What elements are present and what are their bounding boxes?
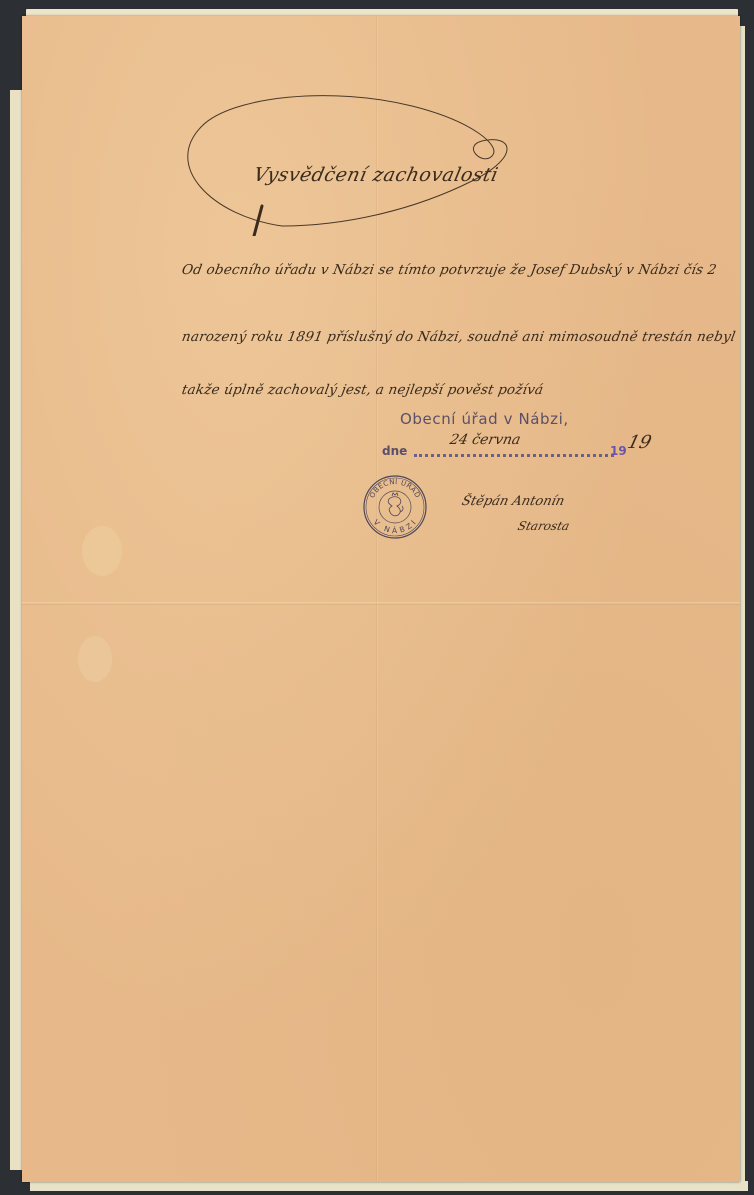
underlying-sheet-bottom-edge xyxy=(30,1181,748,1191)
document-title: Vysvědčení zachovalosti xyxy=(252,164,501,186)
date-line: dne 24 června 19 19 xyxy=(382,440,652,462)
date-prefix: dne xyxy=(382,444,407,458)
lion-emblem-icon xyxy=(388,493,403,516)
signature-name: Štěpán Antonín xyxy=(460,494,566,509)
date-handwritten: 24 června xyxy=(448,432,522,448)
horizontal-fold-line xyxy=(22,602,740,605)
body-text-line: Od obecního úřadu v Nábzi se tímto potvr… xyxy=(181,262,718,278)
svg-text:V NÁBZI: V NÁBZI xyxy=(372,517,419,535)
body-text-line: takže úplně zachovalý jest, a nejlepší p… xyxy=(181,382,545,398)
signature-title: Starosta xyxy=(516,519,571,533)
certificate-document: Vysvědčení zachovalosti Od obecního úřad… xyxy=(22,16,740,1182)
office-stamp-text: Obecní úřad v Nábzi, xyxy=(400,410,569,428)
svg-text:OBECNÍ ÚŘAD: OBECNÍ ÚŘAD xyxy=(368,477,422,499)
paper-stain xyxy=(78,636,112,682)
paper-stain xyxy=(82,526,122,576)
body-text-line: narozený roku 1891 příslušný do Nábzi, s… xyxy=(181,329,737,345)
title-flourish-ornament xyxy=(172,86,532,236)
date-year-handwritten: 19 xyxy=(625,432,653,453)
date-year-printed: 19 xyxy=(610,444,627,458)
official-seal-icon: OBECNÍ ÚŘAD V NÁBZI xyxy=(362,474,428,540)
date-dotted-line xyxy=(414,454,614,457)
